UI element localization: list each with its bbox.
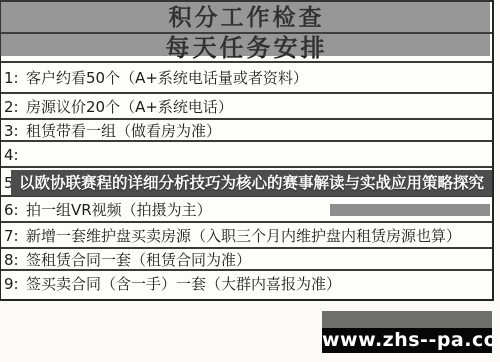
row-number: 1: xyxy=(4,63,26,94)
row-text: 客户约看50个（A+系统电话量或者资料） xyxy=(26,69,308,87)
row-number: 8: xyxy=(4,249,26,271)
table-row: 7:新增一套维护盘买卖房源（入职三个月内维护盘内租赁房源也算） xyxy=(1,223,492,249)
row-number: 6: xyxy=(4,197,26,223)
row-text: 租赁带看一组（做看房为准） xyxy=(26,122,221,140)
watermark: www.zhs--pa.com xyxy=(322,328,492,353)
row-number: 9: xyxy=(4,271,26,297)
row-text: 房源议价20个（A+系统电话） xyxy=(26,98,233,116)
row-number: 2: xyxy=(4,94,26,120)
row-text: 签买卖合同（含一手）一套（大群内喜报为准） xyxy=(26,275,341,293)
row-number: 7: xyxy=(4,223,26,249)
caption-overlay: 以欧协联赛程的详细分析技巧为核心的赛事解读与实战应用策略探究 xyxy=(11,170,492,196)
row-number: 4: xyxy=(4,142,26,168)
watermark-gray-band xyxy=(322,311,492,328)
gray-overlay xyxy=(0,0,490,56)
table-row: 2:房源议价20个（A+系统电话） xyxy=(1,94,492,120)
table-row: 9:签买卖合同（含一手）一套（大群内喜报为准） xyxy=(1,271,492,299)
table-row: 4: xyxy=(1,142,492,168)
row-text: 新增一套维护盘买卖房源（入职三个月内维护盘内租赁房源也算） xyxy=(26,227,461,245)
row-text: 签租赁合同一套（租赁合同为准） xyxy=(26,251,251,269)
table-row: 8:签租赁合同一套（租赁合同为准） xyxy=(1,249,492,271)
page: 积分工作检查 每天任务安排 1:客户约看50个（A+系统电话量或者资料） 2:房… xyxy=(0,0,500,362)
row-text: 拍一组VR视频（拍摄为主） xyxy=(26,201,212,219)
table-row: 1:客户约看50个（A+系统电话量或者资料） xyxy=(1,63,492,94)
table-row: 3:租赁带看一组（做看房为准） xyxy=(1,120,492,142)
gray-overlay-strip xyxy=(330,204,490,216)
row-number: 3: xyxy=(4,120,26,142)
